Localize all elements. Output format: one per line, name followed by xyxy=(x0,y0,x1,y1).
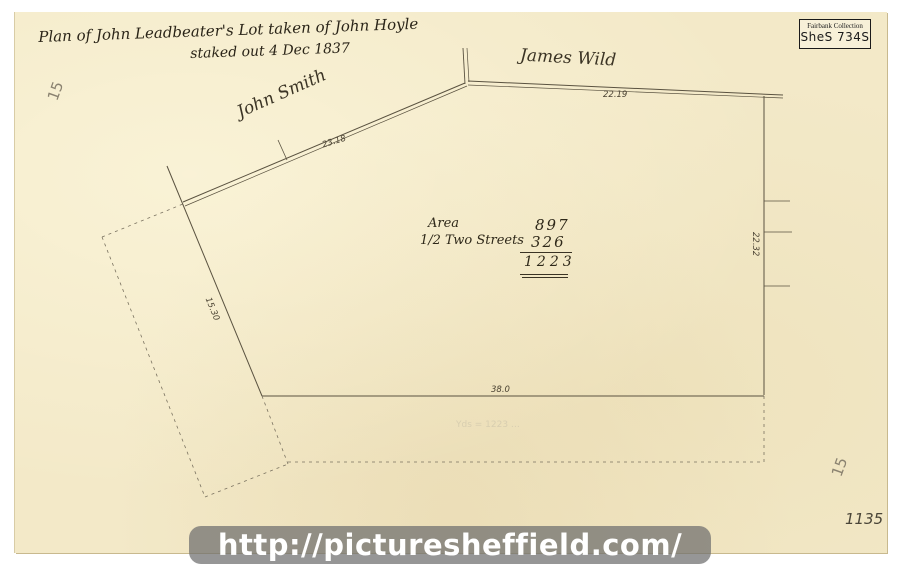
plot-plan-drawing xyxy=(0,0,900,568)
area-value: 897 xyxy=(535,216,570,234)
stamp-caption: Fairbank Collection xyxy=(800,22,870,30)
area-total: 1223 xyxy=(524,254,576,270)
stamp-reference: SheS 734S xyxy=(800,30,870,44)
dimension-east: 22.32 xyxy=(750,232,760,256)
sum-rule xyxy=(520,252,572,253)
dimension-north: 22.19 xyxy=(603,90,627,100)
street-west-dashed xyxy=(102,204,183,237)
watermark-url: http://picturesheffield.com/ xyxy=(218,526,682,564)
watermark-banner: http://picturesheffield.com/ xyxy=(189,526,711,564)
half-streets-value: 326 xyxy=(531,233,566,251)
collection-stamp: Fairbank Collection SheS 734S xyxy=(799,19,871,49)
junction-wall-line xyxy=(463,48,465,84)
total-underline xyxy=(520,274,568,275)
dimension-south: 38.0 xyxy=(491,385,510,395)
faint-pencil-note: Yds = 1223 … xyxy=(456,420,520,430)
area-label: Area xyxy=(428,216,459,231)
item-number: 1135 xyxy=(845,510,883,528)
half-streets-label: 1/2 Two Streets xyxy=(420,233,524,248)
total-double-underline xyxy=(522,277,568,278)
west-boundary-line xyxy=(167,166,262,396)
